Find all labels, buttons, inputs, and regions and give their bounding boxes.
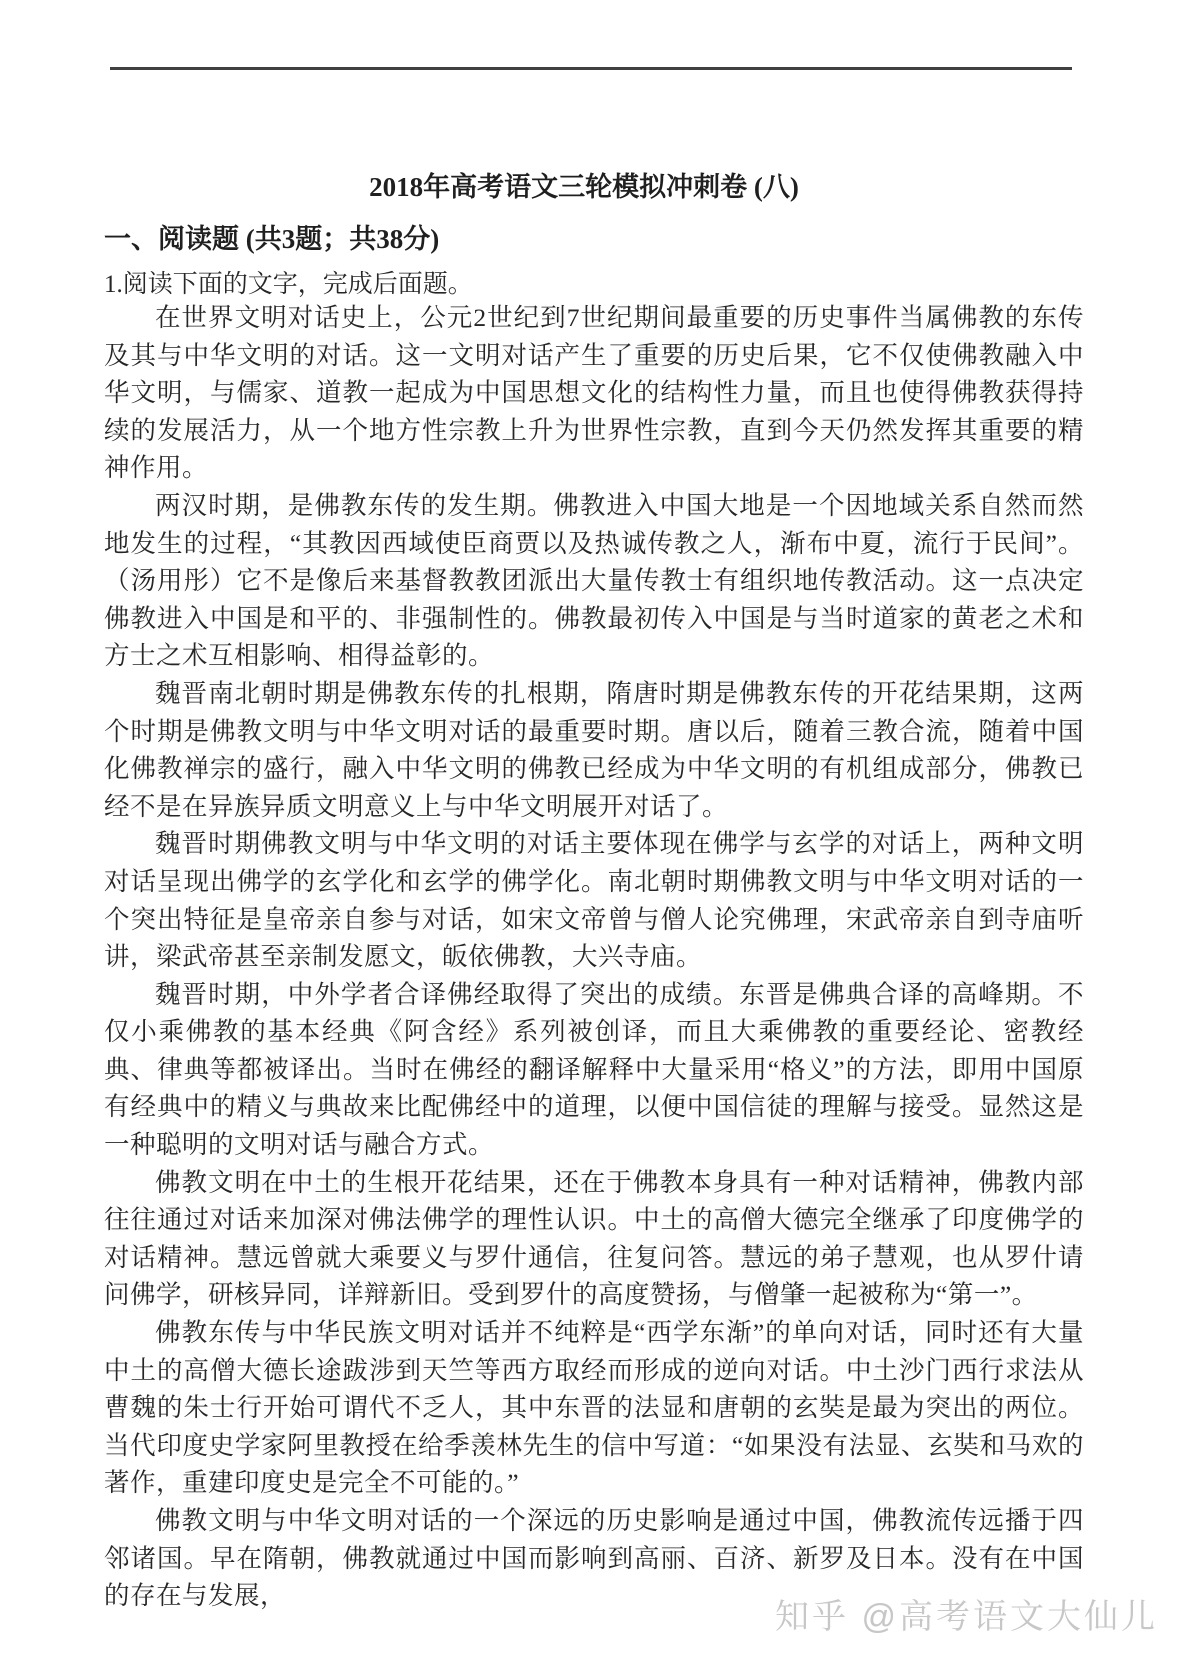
question-intro: 1.阅读下面的文字，完成后面题。 <box>104 264 473 300</box>
page-title: 2018年高考语文三轮模拟冲刺卷 (八) <box>0 165 1168 204</box>
section-heading: 一、阅读题 (共3题；共38分) <box>104 217 439 256</box>
passage-paragraph-6: 佛教文明在中土的生根开花结果，还在于佛教本身具有一种对话精神，佛教内部往往通过对… <box>104 1164 1084 1314</box>
passage-paragraph-7: 佛教东传与中华民族文明对话并不纯粹是“西学东渐”的单向对话，同时还有大量中土的高… <box>104 1314 1084 1502</box>
top-divider-rule <box>110 67 1072 70</box>
passage-paragraph-3: 魏晋南北朝时期是佛教东传的扎根期，隋唐时期是佛教东传的开花结果期，这两个时期是佛… <box>104 675 1084 825</box>
exam-document-page: 2018年高考语文三轮模拟冲刺卷 (八) 一、阅读题 (共3题；共38分) 1.… <box>0 0 1184 1658</box>
passage-paragraph-4: 魏晋时期佛教文明与中华文明的对话主要体现在佛学与玄学的对话上，两种文明对话呈现出… <box>104 825 1084 975</box>
watermark-credit: 知乎 @高考语文大仙儿 <box>775 1589 1158 1638</box>
passage-paragraph-2: 两汉时期，是佛教东传的发生期。佛教进入中国大地是一个因地域关系自然而然地发生的过… <box>104 487 1084 675</box>
passage-paragraph-1: 在世界文明对话史上，公元2世纪到7世纪期间最重要的历史事件当属佛教的东传及其与中… <box>104 299 1084 487</box>
passage-paragraph-5: 魏晋时期，中外学者合译佛经取得了突出的成绩。东晋是佛典合译的高峰期。不仅小乘佛教… <box>104 976 1084 1164</box>
reading-passage: 在世界文明对话史上，公元2世纪到7世纪期间最重要的历史事件当属佛教的东传及其与中… <box>104 299 1084 1615</box>
